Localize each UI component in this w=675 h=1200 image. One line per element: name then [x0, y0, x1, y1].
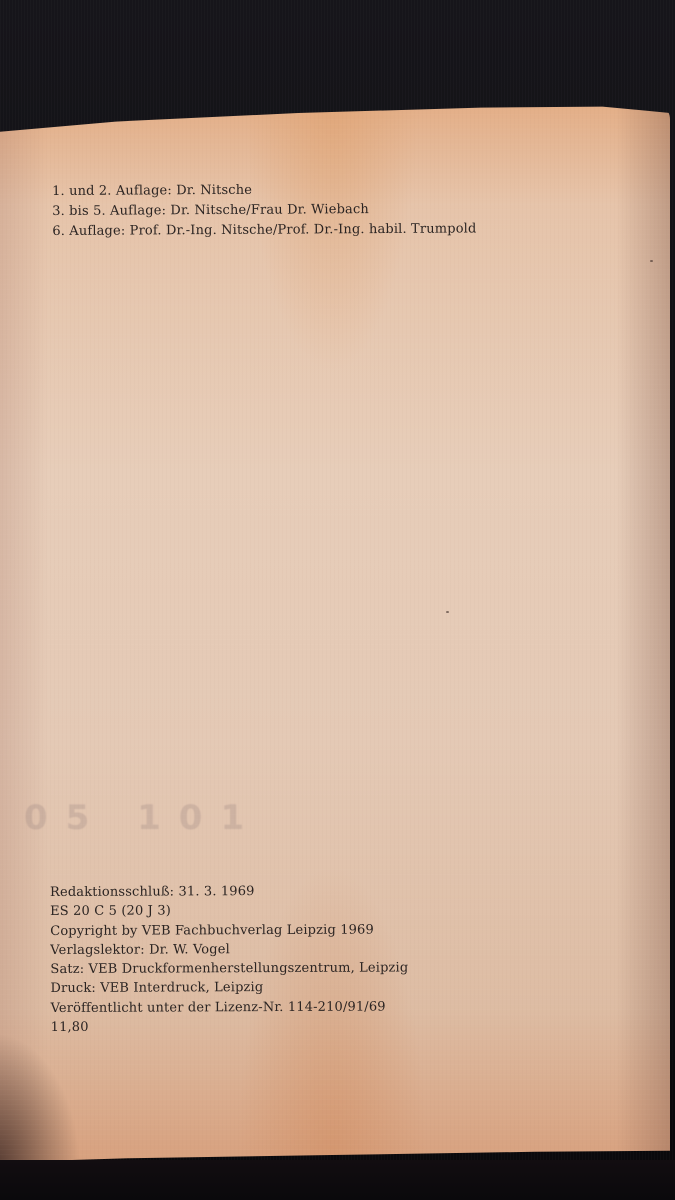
edition-line: 1. und 2. Auflage: Dr. Nitsche — [52, 179, 476, 202]
imprint-license: Veröffentlicht unter der Lizenz-Nr. 114-… — [51, 997, 409, 1018]
imprint-block: Redaktionsschluß: 31. 3. 1969 ES 20 C 5 … — [50, 881, 409, 1037]
imprint-printing: Druck: VEB Interdruck, Leipzig — [50, 978, 408, 999]
imprint-editor: Verlagslektor: Dr. W. Vogel — [50, 939, 408, 960]
imprint-price: 11,80 — [51, 1017, 409, 1038]
imprint-copyright: Copyright by VEB Fachbuchverlag Leipzig … — [50, 920, 408, 941]
edition-line: 3. bis 5. Auflage: Dr. Nitsche/Frau Dr. … — [52, 199, 476, 222]
bottom-dark-edge — [0, 1160, 675, 1200]
edition-line: 6. Auflage: Prof. Dr.-Ing. Nitsche/Prof.… — [52, 219, 476, 242]
imprint-typesetting: Satz: VEB Druckformenherstellungszentrum… — [50, 959, 408, 980]
imprint-catalog-code: ES 20 C 5 (20 J 3) — [50, 901, 408, 922]
show-through-stamp: 05 101 — [24, 798, 262, 838]
edition-history: 1. und 2. Auflage: Dr. Nitsche 3. bis 5.… — [52, 179, 477, 242]
imprint-editorial-deadline: Redaktionsschluß: 31. 3. 1969 — [50, 881, 408, 902]
paper-speck — [650, 260, 653, 262]
paper-speck — [446, 611, 449, 613]
